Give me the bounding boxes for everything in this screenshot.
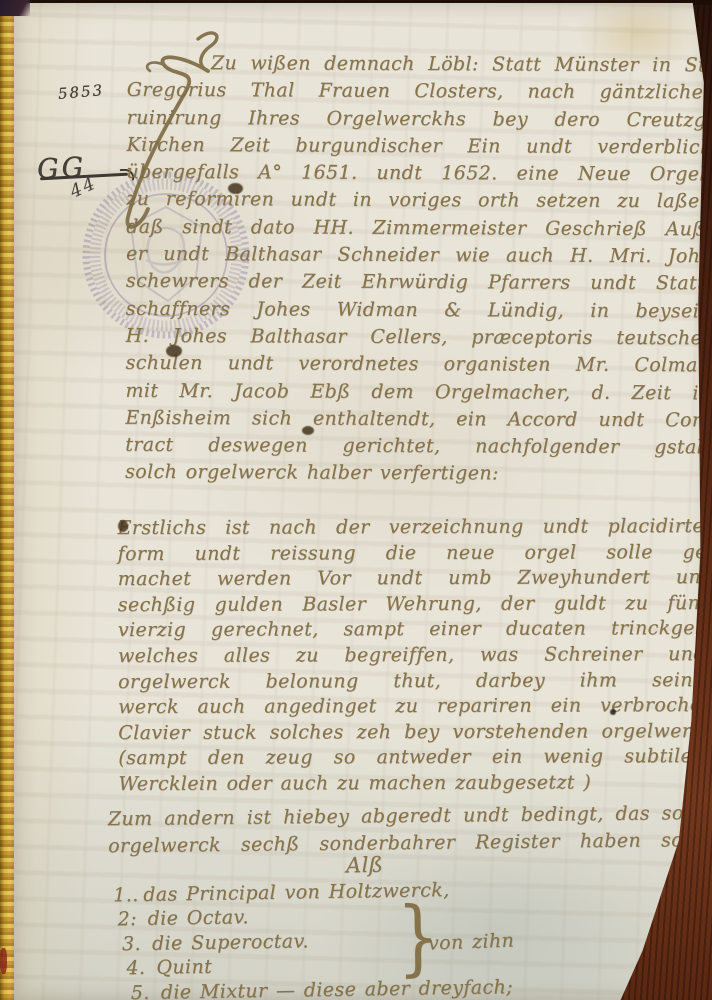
ink-blot [228,183,243,194]
ink-blot [302,426,314,435]
ink-blot [166,345,182,357]
manuscript-line: Kirchen Zeit burgundischer Ein undt verd… [126,132,712,162]
ink-blot [118,520,128,532]
manuscript-line: orgelwerck belonung thut, darbey ihm sei… [118,668,712,696]
manuscript-line: Gregorius Thal Frauen Closters, nach gän… [127,77,712,107]
manuscript-line: schaffners Johes Widman & Lündig, in bey… [126,295,712,325]
manuscript-line: er undt Balthasar Schneider wie auch H. … [126,241,712,271]
red-edge-mark [0,948,7,974]
manuscript-line: form undt reissung die neue orgel solle … [118,540,712,568]
register-item-label: die Octav. [147,907,249,931]
register-item-number: 1.. [113,883,143,908]
manuscript-line: übergefalls A° 1651. undt 1652. eine Neu… [126,159,712,189]
register-item-number: 3. [122,932,152,957]
manuscript-line: welches alles zu begreiffen, was Schrein… [118,642,712,670]
register-item-label: die Superoctav. [152,930,309,954]
manuscript-line: daß sindt dato HH. Zimmermeister Geschri… [126,214,712,244]
manuscript-line: H. Johes Balthasar Cellers, præceptoris … [126,323,712,353]
manuscript-line: schewrers der Zeit Ehrwürdig Pfarrers un… [126,268,712,298]
manuscript-line: Zu wißen demnach Löbl: Statt Münster in … [127,50,712,80]
archive-number: 5853 [57,81,105,103]
register-item-label: Quint [156,956,212,979]
manuscript-line: machet werden Vor undt umb Zweyhundert u… [118,565,712,593]
manuscript-line: zu reformiren undt in voriges orth setze… [126,186,712,216]
manuscript-line: orgelwerck sechß sonderbahrer Register h… [108,826,712,859]
manuscript-line: Clavier stuck solches zeh bey vorstehend… [118,719,712,747]
manuscript-line: werck auch angedinget zu repariren ein v… [118,693,712,721]
register-item-number: 4. [126,956,156,981]
ink-blot [610,709,616,715]
register-item-label: die Mixtur — diese aber dreyfach; [161,976,514,1000]
paragraph-preamble: Zu wißen demnach Löbl: Statt Münster in … [125,50,712,489]
manuscript-line: (sampt den zeug so antweder ein wenig su… [118,744,712,772]
manuscript-line: Enßisheim sich enthaltendt, ein Accord u… [125,405,711,435]
brace-note: von zihn [428,930,515,955]
manuscript-line: Erstlichs ist nach der verzeichnung undt… [118,514,712,542]
manuscript-line: sechßig gulden Basler Wehrung, der guldt… [118,591,712,619]
register-item-number: 5. [131,980,161,1000]
manuscript-line: mit Mr. Jacob Ebß dem Orgelmacher, d. Ze… [125,377,711,407]
manuscript-line: Wercklein oder auch zu machen zaubgesetz… [118,770,712,798]
paragraph-erstlichs: Erstlichs ist nach der verzeichnung undt… [118,514,712,798]
manuscript-line: schulen undt verordnetes organisten Mr. … [126,350,712,380]
manuscript-line: vierzig gerechnet, sampt einer ducaten t… [118,616,712,644]
list-heading: Alß [346,853,384,878]
manuscript-line: ruinirung Ihres Orgelwerckhs bey dero Cr… [127,104,712,134]
manuscript-paper: 5853 GG 44 Zu wißen demnach Löbl: Statt … [14,3,708,1000]
photo-corner-shadow [0,0,30,16]
paragraph-zum-andern: Zum andern ist hiebey abgeredt undt bedi… [108,800,712,859]
manuscript-line: tract deswegen gerichtet, nachfolgender … [125,432,711,462]
manuscript-line: solch orgelwerck halber verfertigen: [125,459,711,489]
register-item-number: 2: [117,907,147,932]
